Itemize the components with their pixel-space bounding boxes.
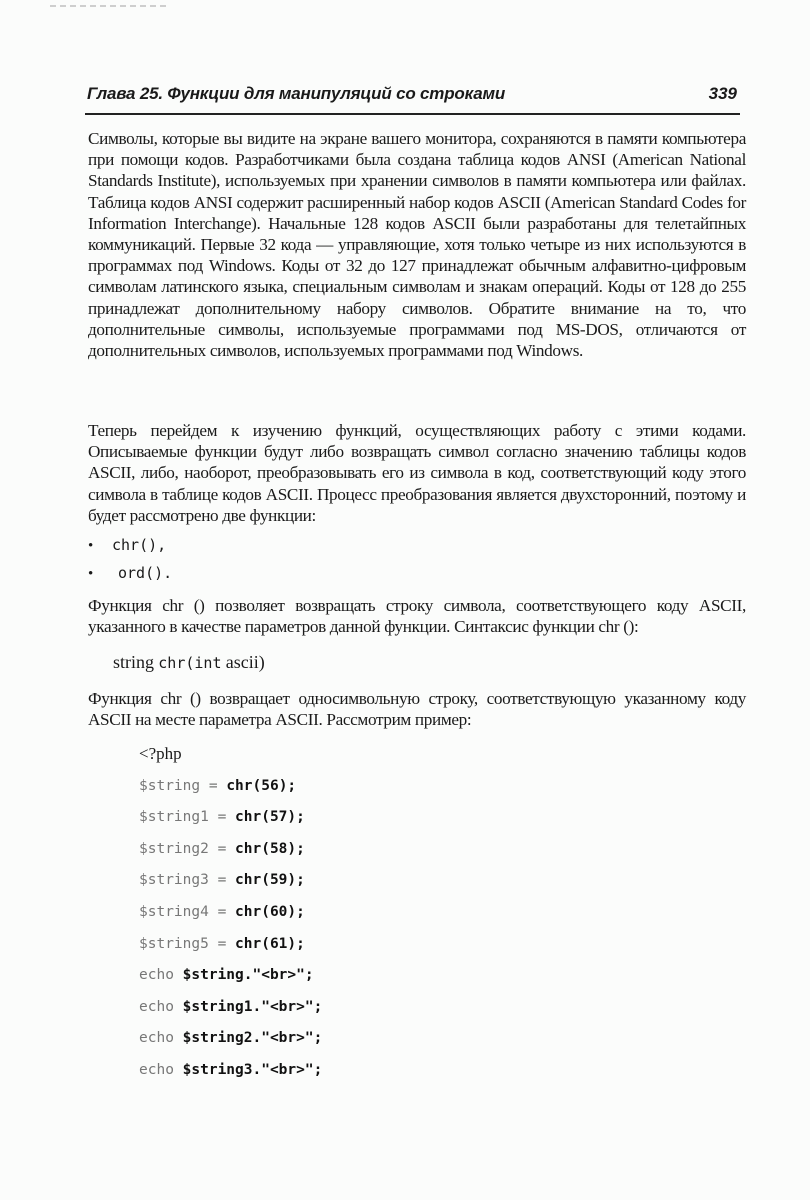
- code-token: echo: [139, 1030, 183, 1046]
- code-line: $string3 = chr(59);: [139, 866, 322, 898]
- code-token: $string2 =: [139, 841, 235, 857]
- syntax-return-type: string: [113, 652, 154, 672]
- code-line: $string1 = chr(57);: [139, 803, 322, 835]
- code-token: echo: [139, 999, 183, 1015]
- code-line: echo $string2."<br>";: [139, 1024, 322, 1056]
- code-token: chr(57);: [235, 809, 305, 825]
- code-token: $string."<br>";: [183, 967, 314, 983]
- code-token: chr(59);: [235, 872, 305, 888]
- running-header: Глава 25. Функции для манипуляций со стр…: [87, 84, 737, 108]
- code-line: echo $string."<br>";: [139, 961, 322, 993]
- list-item: •chr(),: [88, 533, 172, 561]
- code-token: $string4 =: [139, 904, 235, 920]
- function-list: •chr(), •ord().: [88, 533, 172, 589]
- code-token: $string =: [139, 778, 226, 794]
- list-item-text: ord().: [118, 564, 172, 582]
- code-example: <?php $string = chr(56);$string1 = chr(5…: [139, 740, 322, 1088]
- code-token: $string1 =: [139, 809, 235, 825]
- code-token: $string2."<br>";: [183, 1030, 323, 1046]
- syntax-line: string chr(int ascii): [113, 652, 265, 673]
- code-token: chr(61);: [235, 936, 305, 952]
- paragraph-chr-description: Функция chr () позволяет возвращать стро…: [88, 595, 746, 637]
- code-line: echo $string1."<br>";: [139, 993, 322, 1025]
- scan-artifact: [50, 5, 170, 7]
- code-line: $string5 = chr(61);: [139, 930, 322, 962]
- header-divider: [85, 113, 740, 115]
- code-token: $string3."<br>";: [183, 1062, 323, 1078]
- page-number: 339: [709, 84, 737, 104]
- code-line: $string = chr(56);: [139, 772, 322, 804]
- code-line: $string2 = chr(58);: [139, 835, 322, 867]
- paragraph-chr-returns: Функция chr () возвращает односимвольную…: [88, 688, 746, 730]
- code-token: $string3 =: [139, 872, 235, 888]
- code-token: chr(58);: [235, 841, 305, 857]
- code-line: $string4 = chr(60);: [139, 898, 322, 930]
- code-open-tag: <?php: [139, 740, 322, 772]
- paragraph-functions-intro: Теперь перейдем к изучению функций, осущ…: [88, 420, 746, 526]
- bullet-marker: •: [88, 534, 112, 558]
- code-token: $string1."<br>";: [183, 999, 323, 1015]
- syntax-signature: chr(int: [158, 654, 221, 672]
- code-token: chr(60);: [235, 904, 305, 920]
- code-token: chr(56);: [226, 778, 296, 794]
- bullet-marker: •: [88, 562, 112, 586]
- chapter-title: Глава 25. Функции для манипуляций со стр…: [87, 84, 505, 104]
- list-item: •ord().: [88, 561, 172, 589]
- syntax-param: ascii): [226, 652, 265, 672]
- code-token: $string5 =: [139, 936, 235, 952]
- paragraph-ascii-intro: Символы, которые вы видите на экране ваш…: [88, 128, 746, 361]
- list-item-text: chr(),: [112, 536, 166, 554]
- code-token: echo: [139, 1062, 183, 1078]
- code-token: echo: [139, 967, 183, 983]
- code-line: echo $string3."<br>";: [139, 1056, 322, 1088]
